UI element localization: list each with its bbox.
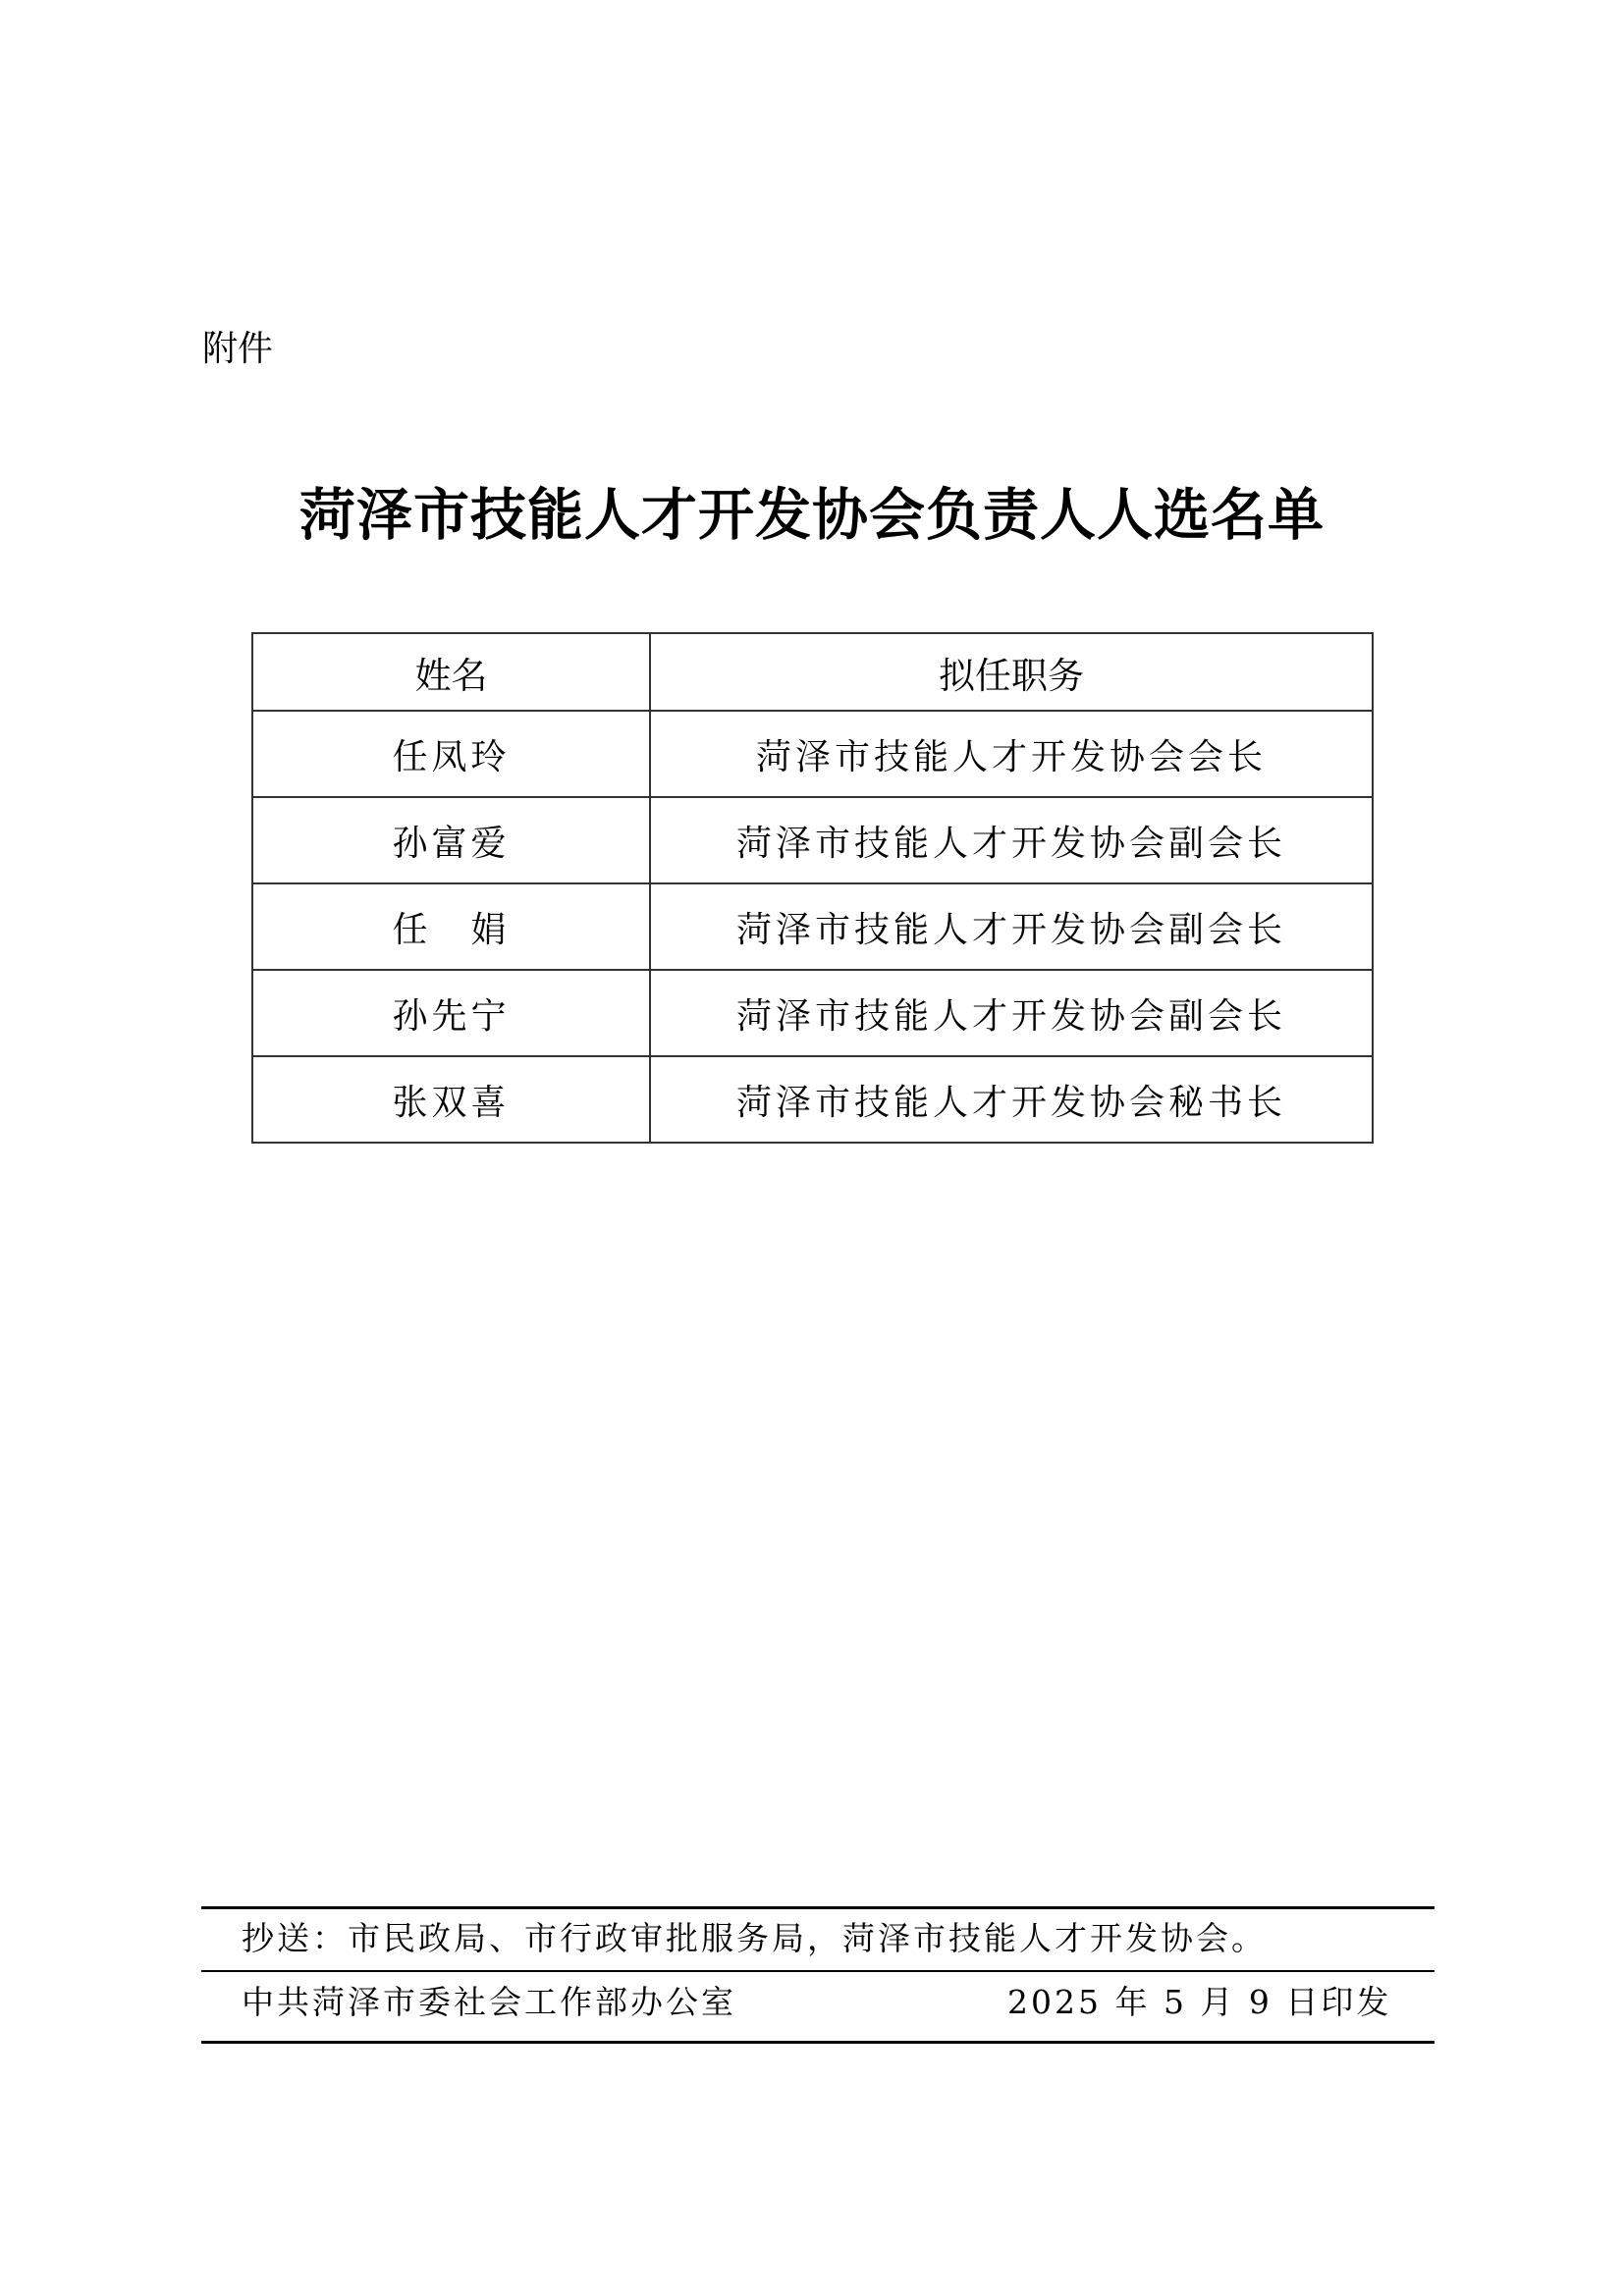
attachment-label: 附件 <box>202 326 273 373</box>
table-header-row: 姓名 拟任职务 <box>252 633 1373 711</box>
cell-position: 菏泽市技能人才开发协会会长 <box>650 711 1373 797</box>
footer-top-rule <box>201 1906 1435 1909</box>
cell-position: 菏泽市技能人才开发协会副会长 <box>650 883 1373 970</box>
cell-name: 任 娟 <box>252 883 650 970</box>
cell-name: 张双喜 <box>252 1056 650 1143</box>
table-row: 张双喜 菏泽市技能人才开发协会秘书长 <box>252 1056 1373 1143</box>
table-row: 任凤玲 菏泽市技能人才开发协会会长 <box>252 711 1373 797</box>
cell-name: 孙先宁 <box>252 970 650 1056</box>
cell-name: 任凤玲 <box>252 711 650 797</box>
issue-date: 2025 年 5 月 9 日印发 <box>1007 1981 1391 2024</box>
table-row: 孙富爱 菏泽市技能人才开发协会副会长 <box>252 797 1373 883</box>
header-name: 姓名 <box>252 633 650 711</box>
table-row: 孙先宁 菏泽市技能人才开发协会副会长 <box>252 970 1373 1056</box>
candidate-table: 姓名 拟任职务 任凤玲 菏泽市技能人才开发协会会长 孙富爱 菏泽市技能人才开发协… <box>251 632 1374 1144</box>
table-row: 任 娟 菏泽市技能人才开发协会副会长 <box>252 883 1373 970</box>
document-title: 菏泽市技能人才开发协会负责人人选名单 <box>0 481 1624 550</box>
cc-line: 抄送：市民政局、市行政审批服务局，菏泽市技能人才开发协会。 <box>242 1917 1267 1960</box>
cell-position: 菏泽市技能人才开发协会秘书长 <box>650 1056 1373 1143</box>
cell-position: 菏泽市技能人才开发协会副会长 <box>650 970 1373 1056</box>
cell-position: 菏泽市技能人才开发协会副会长 <box>650 797 1373 883</box>
footer-middle-rule <box>201 1970 1435 1972</box>
footer-bottom-rule <box>201 2041 1435 2044</box>
header-position: 拟任职务 <box>650 633 1373 711</box>
cell-name: 孙富爱 <box>252 797 650 883</box>
issuer: 中共菏泽市委社会工作部办公室 <box>242 1981 736 2024</box>
